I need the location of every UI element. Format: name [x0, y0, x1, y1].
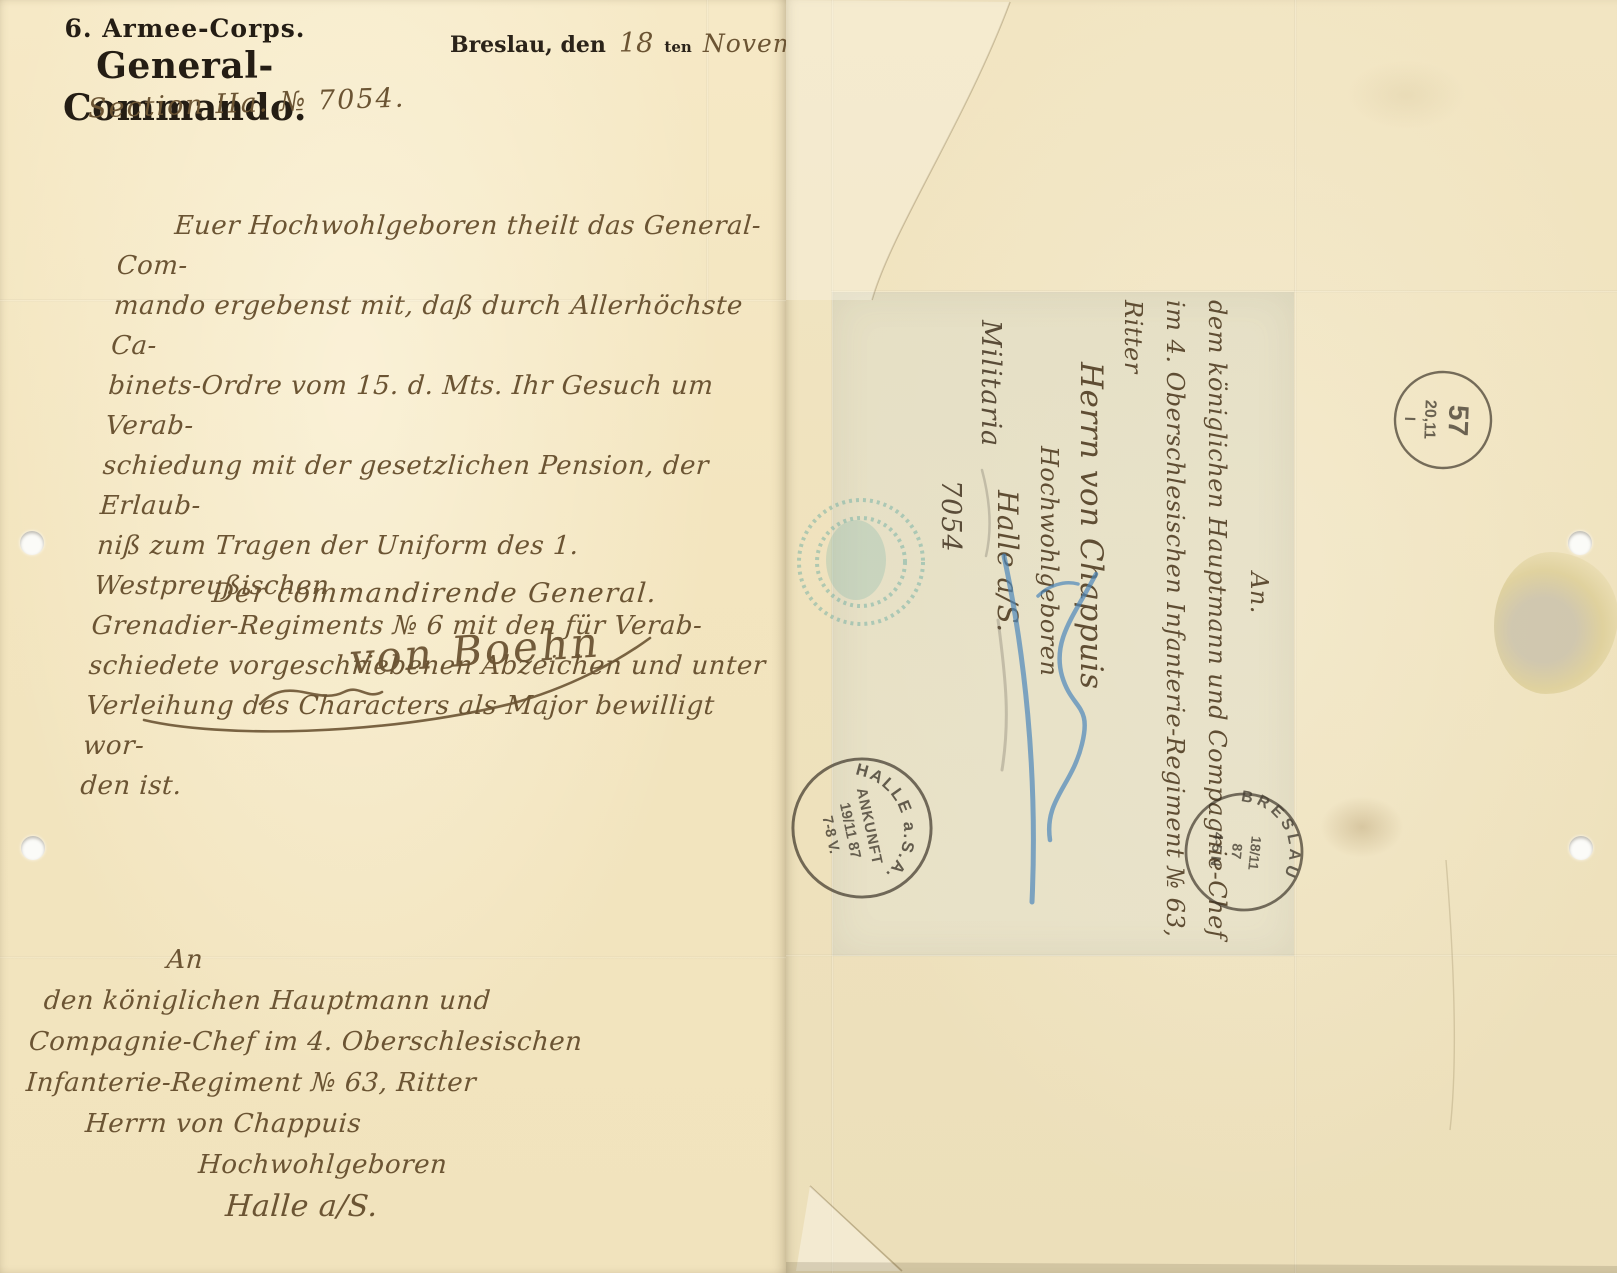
dealer-note-block: Militaria 7054 [926, 320, 1010, 580]
signature-block: von Boehn [130, 608, 710, 748]
svg-text:4-5 N: 4-5 N [1207, 831, 1226, 867]
svg-text:7-8 V.: 7-8 V. [818, 814, 842, 855]
address-line: Compagnie-Chef im 4. Oberschlesischen [27, 1022, 583, 1063]
handwritten-line: mando ergebenst mit, daß durch Allerhöch… [110, 286, 796, 366]
punch-hole [1568, 531, 1592, 555]
punch-hole [1569, 836, 1593, 860]
svg-text:20,11: 20,11 [1420, 400, 1438, 440]
punch-hole [21, 836, 45, 860]
address-line: Herrn von Chappuis [84, 1104, 578, 1145]
letter-address-block: An den königlichen Hauptmann und Compagn… [16, 940, 590, 1227]
fold-crease [831, 290, 1617, 293]
handwritten-line: schiedung mit der gesetzlichen Pension, … [99, 446, 785, 526]
dateline-ten: ten [664, 38, 691, 56]
envelope-page: An. dem königlichen Hauptmann und Compag… [786, 0, 1617, 1273]
handwritten-line: Euer Hochwohlgeboren theilt das General-… [115, 206, 801, 286]
dealer-note-line: Militaria [970, 320, 1010, 580]
dateline-city: Breslau, den [450, 32, 606, 58]
dateline-day: 18 [619, 28, 653, 59]
handwritten-line: binets-Ordre vom 15. d. Mts. Ihr Gesuch … [104, 366, 790, 446]
letter-page: 6. Armee-Corps. General-Commando. Sectio… [0, 0, 786, 1273]
glue-residue [1494, 552, 1617, 694]
address-line: Halle a/S. [224, 1186, 572, 1227]
dealer-note-line: 7054 [930, 320, 970, 580]
address-line: An [165, 940, 589, 981]
closing-line: Der commandirende General. [211, 578, 659, 609]
fold-crease [786, 954, 1617, 957]
address-line: Hochwohlgeboren [197, 1145, 575, 1186]
postmark-transit: 57 20,11 I [1389, 366, 1497, 474]
address-line: den königlichen Hauptmann und [42, 981, 586, 1022]
envelope-address-line: Hochwohlgeboren [1028, 300, 1070, 940]
svg-text:I: I [1401, 416, 1418, 421]
envelope-address-line: Ritter [1112, 300, 1154, 940]
envelope-address-line: Herrn von Chappuis [1070, 300, 1112, 940]
svg-text:57: 57 [1442, 404, 1474, 436]
fold-crease [1294, 0, 1297, 1273]
scanned-document: 6. Armee-Corps. General-Commando. Sectio… [0, 0, 1617, 1273]
stain-mark [1346, 60, 1466, 130]
address-line: Infanterie-Regiment № 63, Ritter [25, 1063, 581, 1104]
handwritten-line: den ist. [79, 766, 762, 806]
svg-text:18/11: 18/11 [1245, 835, 1265, 871]
postmark-breslau: BRESLAU 18/11 87 4-5 N [1176, 784, 1312, 920]
letterhead-corps: 6. Armee-Corps. [30, 14, 340, 43]
svg-text:87: 87 [1228, 843, 1246, 860]
postmark-halle-arrival: HALLE a.S.A. ANKUNFT 19/11 87 7-8 V. [774, 740, 950, 916]
stain-mark [1320, 796, 1404, 858]
svg-text:BRESLAU: BRESLAU [1232, 788, 1309, 884]
fold-crease [831, 0, 834, 1273]
teal-seal-stamp [790, 486, 932, 634]
punch-hole [20, 531, 44, 555]
